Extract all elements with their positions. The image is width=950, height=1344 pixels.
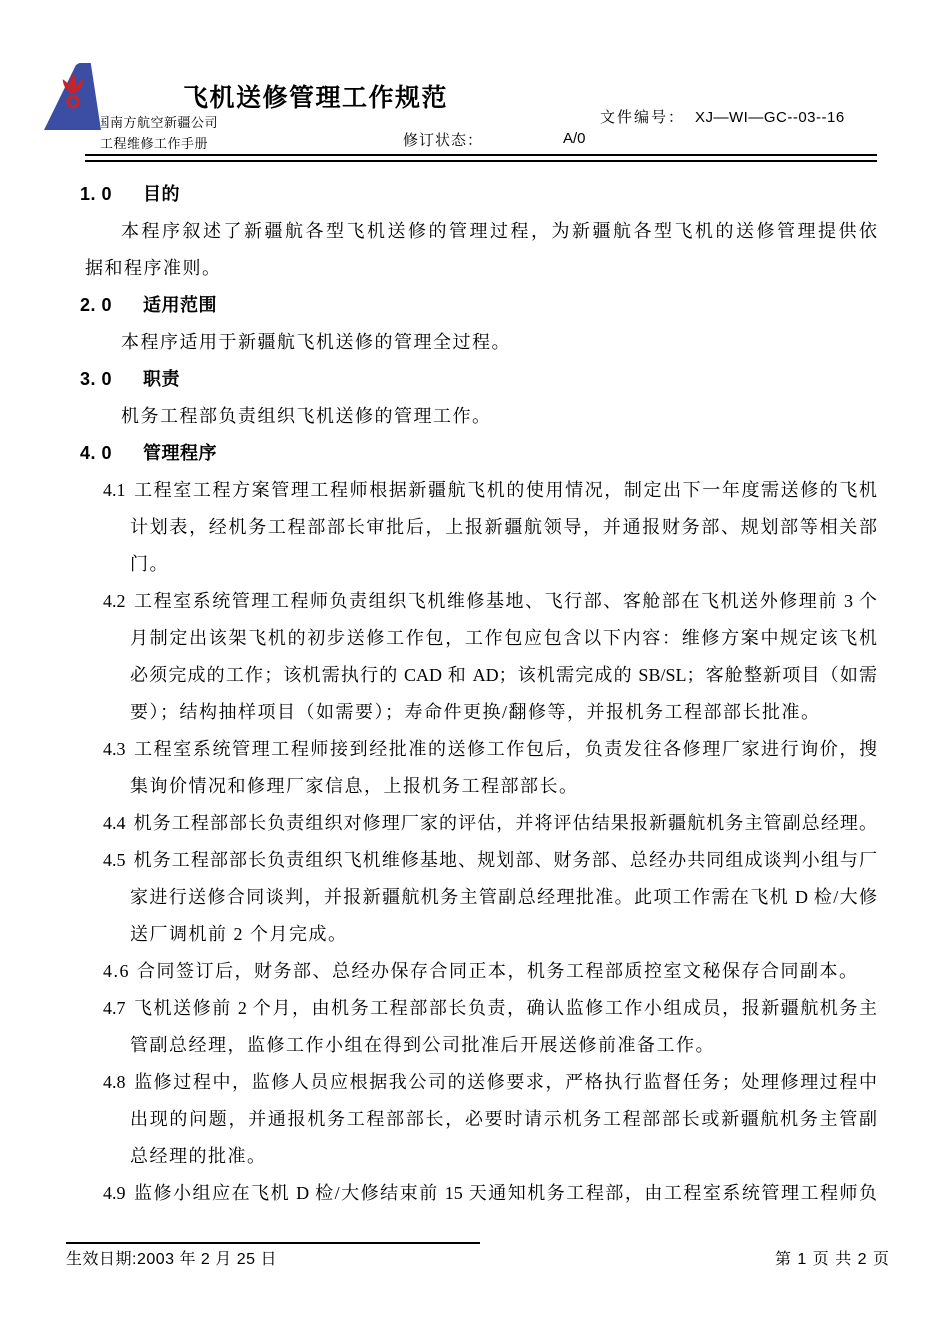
item-text: 合同签订后，财务部、总经办保存合同正本，机务工程部质控室文秘保存合同副本。 xyxy=(137,961,859,981)
section-number: 3. 0 xyxy=(80,361,143,398)
item-number: 4.1 xyxy=(103,480,126,500)
item-text: 飞机送修前 2 个月，由机务工程部部长负责，确认监修工作小组成员，报新疆航机务主 xyxy=(133,998,878,1018)
item-line: 家进行送修合同谈判，并报新疆航机务主管副总经理批准。此项工作需在飞机 D 检/大… xyxy=(103,879,877,916)
manual-name: 工程维修工作手册 xyxy=(100,133,208,152)
item-number: 4.9 xyxy=(103,1183,126,1203)
header-double-rule xyxy=(85,154,877,162)
paragraph-line: 本程序适用于新疆航飞机送修的管理全过程。 xyxy=(85,324,877,361)
section-title: 职责 xyxy=(143,369,180,389)
section-heading: 2. 0适用范围 xyxy=(80,287,877,324)
section-heading: 4. 0管理程序 xyxy=(80,435,877,472)
effective-date: 生效日期:2003 年 2 月 25 日 xyxy=(66,1246,277,1269)
section-title: 管理程序 xyxy=(143,443,217,463)
item-text: 工程室系统管理工程师负责组织飞机维修基地、飞行部、客舱部在飞机送外修理前 3 个 xyxy=(133,591,878,611)
paragraph-line: 本程序叙述了新疆航各型飞机送修的管理过程，为新疆航各型飞机的送修管理提供依 xyxy=(85,213,877,250)
doc-number-row: 文件编号：XJ—WI—GC--03--16 xyxy=(600,106,845,127)
doc-number-label: 文件编号： xyxy=(600,109,685,126)
item-line: 4.5机务工程部部长负责组织飞机维修基地、规划部、财务部、总经办共同组成谈判小组… xyxy=(103,842,877,879)
item-number: 4.2 xyxy=(103,591,126,611)
document-title: 飞机送修管理工作规范 xyxy=(183,78,448,114)
item-number: 4.6 xyxy=(103,961,130,981)
item-number: 4.3 xyxy=(103,739,126,759)
revision-value: A/0 xyxy=(563,130,586,147)
company-name: 中国南方航空新疆公司 xyxy=(83,112,218,131)
page-number: 第 1 页 共 2 页 xyxy=(775,1246,890,1269)
item-text: 机务工程部部长负责组织对修理厂家的评估，并将评估结果报新疆航机务主管副总经理。 xyxy=(133,813,878,833)
procedure-item: 4.9监修小组应在飞机 D 检/大修结束前 15 天通知机务工程部，由工程室系统… xyxy=(103,1175,877,1212)
item-line: 4.6合同签订后，财务部、总经办保存合同正本，机务工程部质控室文秘保存合同副本。 xyxy=(103,953,877,990)
section-number: 4. 0 xyxy=(80,435,143,472)
item-line: 管副总经理，监修工作小组在得到公司批准后开展送修前准备工作。 xyxy=(103,1027,877,1064)
item-number: 4.5 xyxy=(103,850,126,870)
item-line: 门。 xyxy=(103,546,877,583)
item-line: 4.9监修小组应在飞机 D 检/大修结束前 15 天通知机务工程部，由工程室系统… xyxy=(103,1175,877,1212)
paragraph-line: 机务工程部负责组织飞机送修的管理工作。 xyxy=(85,398,877,435)
item-line: 4.2工程室系统管理工程师负责组织飞机维修基地、飞行部、客舱部在飞机送外修理前 … xyxy=(103,583,877,620)
procedure-item: 4.7飞机送修前 2 个月，由机务工程部部长负责，确认监修工作小组成员，报新疆航… xyxy=(103,990,877,1064)
procedure-item: 4.4机务工程部部长负责组织对修理厂家的评估，并将评估结果报新疆航机务主管副总经… xyxy=(103,805,877,842)
item-line: 集询价情况和修理厂家信息，上报机务工程部部长。 xyxy=(103,768,877,805)
section-heading: 3. 0职责 xyxy=(80,361,877,398)
item-line: 总经理的批准。 xyxy=(103,1138,877,1175)
item-line: 4.3工程室系统管理工程师接到经批准的送修工作包后，负责发往各修理厂家进行询价，… xyxy=(103,731,877,768)
section-title: 适用范围 xyxy=(143,295,217,315)
airline-logo xyxy=(44,63,101,130)
section-number: 1. 0 xyxy=(80,176,143,213)
item-number: 4.7 xyxy=(103,998,126,1018)
item-line: 计划表，经机务工程部部长审批后，上报新疆航领导，并通报财务部、规划部等相关部 xyxy=(103,509,877,546)
doc-number-value: XJ—WI—GC--03--16 xyxy=(695,109,845,126)
item-line: 月制定出该架飞机的初步送修工作包，工作包应包含以下内容：维修方案中规定该飞机 xyxy=(103,620,877,657)
item-line: 必须完成的工作；该机需执行的 CAD 和 AD；该机需完成的 SB/SL；客舱整… xyxy=(103,657,877,694)
document-body: 1. 0目的 本程序叙述了新疆航各型飞机送修的管理过程，为新疆航各型飞机的送修管… xyxy=(85,176,877,1212)
item-text: 机务工程部部长负责组织飞机维修基地、规划部、财务部、总经办共同组成谈判小组与厂 xyxy=(133,850,878,870)
paragraph-line: 据和程序准则。 xyxy=(85,250,877,287)
procedure-item: 4.5机务工程部部长负责组织飞机维修基地、规划部、财务部、总经办共同组成谈判小组… xyxy=(103,842,877,953)
procedure-item: 4.1工程室工程方案管理工程师根据新疆航飞机的使用情况，制定出下一年度需送修的飞… xyxy=(103,472,877,583)
item-line: 4.7飞机送修前 2 个月，由机务工程部部长负责，确认监修工作小组成员，报新疆航… xyxy=(103,990,877,1027)
item-line: 要）；结构抽样项目（如需要）；寿命件更换/翻修等，并报机务工程部部长批准。 xyxy=(103,694,877,731)
item-text: 监修小组应在飞机 D 检/大修结束前 15 天通知机务工程部，由工程室系统管理工… xyxy=(133,1183,878,1203)
item-number: 4.4 xyxy=(103,813,126,833)
procedure-item: 4.3工程室系统管理工程师接到经批准的送修工作包后，负责发往各修理厂家进行询价，… xyxy=(103,731,877,805)
procedure-item: 4.2工程室系统管理工程师负责组织飞机维修基地、飞行部、客舱部在飞机送外修理前 … xyxy=(103,583,877,731)
item-line: 送厂调机前 2 个月完成。 xyxy=(103,916,877,953)
procedure-item: 4.8监修过程中，监修人员应根据我公司的送修要求，严格执行监督任务；处理修理过程… xyxy=(103,1064,877,1175)
document-page: 中国南方航空新疆公司 飞机送修管理工作规范 文件编号：XJ—WI—GC--03-… xyxy=(0,0,950,1344)
item-text: 工程室工程方案管理工程师根据新疆航飞机的使用情况，制定出下一年度需送修的飞机 xyxy=(133,480,878,500)
item-number: 4.8 xyxy=(103,1072,126,1092)
item-line: 4.8监修过程中，监修人员应根据我公司的送修要求，严格执行监督任务；处理修理过程… xyxy=(103,1064,877,1101)
item-line: 4.4机务工程部部长负责组织对修理厂家的评估，并将评估结果报新疆航机务主管副总经… xyxy=(103,805,877,842)
section-number: 2. 0 xyxy=(80,287,143,324)
item-line: 4.1工程室工程方案管理工程师根据新疆航飞机的使用情况，制定出下一年度需送修的飞… xyxy=(103,472,877,509)
item-line: 出现的问题，并通报机务工程部部长，必要时请示机务工程部部长或新疆航机务主管副 xyxy=(103,1101,877,1138)
item-text: 监修过程中，监修人员应根据我公司的送修要求，严格执行监督任务；处理修理过程中 xyxy=(133,1072,878,1092)
section-title: 目的 xyxy=(143,184,180,204)
footer-rule xyxy=(66,1242,480,1244)
section-heading: 1. 0目的 xyxy=(80,176,877,213)
kapok-flower-icon xyxy=(57,72,89,112)
revision-label: 修订状态： xyxy=(403,129,483,150)
procedure-item: 4.6合同签订后，财务部、总经办保存合同正本，机务工程部质控室文秘保存合同副本。 xyxy=(103,953,877,990)
item-text: 工程室系统管理工程师接到经批准的送修工作包后，负责发往各修理厂家进行询价，搜 xyxy=(133,739,878,759)
